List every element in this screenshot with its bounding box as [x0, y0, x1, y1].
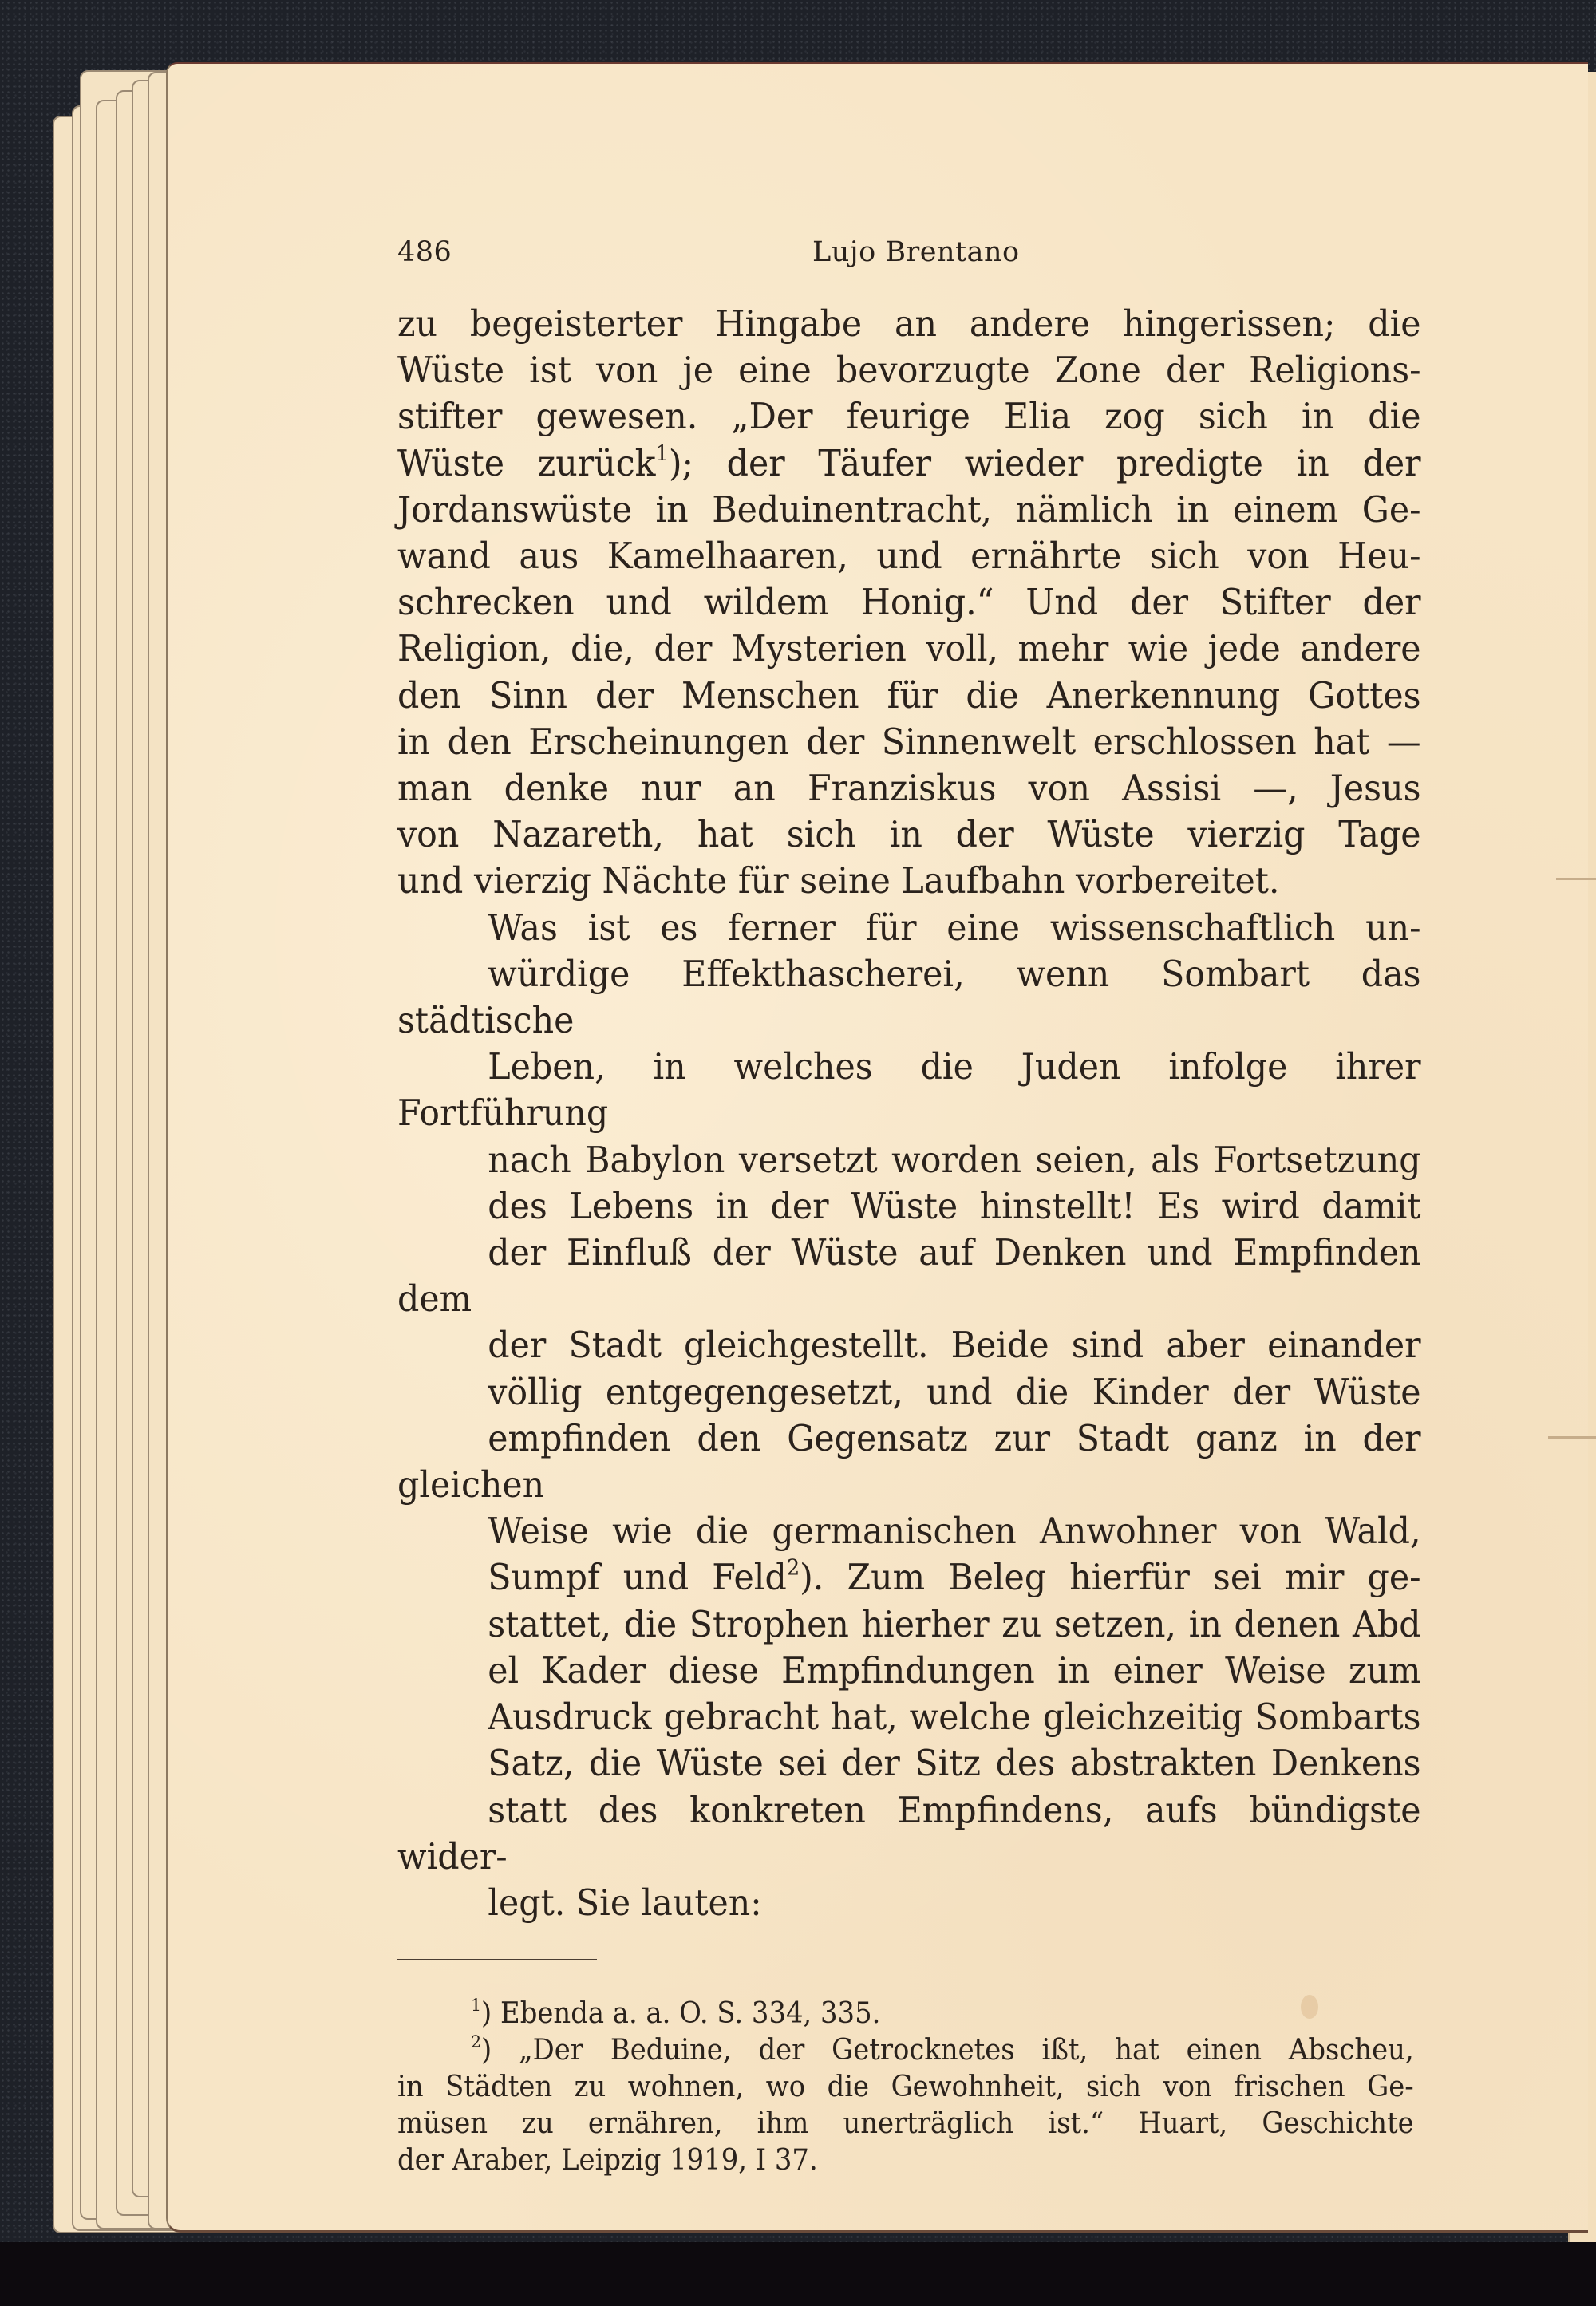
text-line: zu begeisterter Hingabe an andere hinger…: [397, 302, 1421, 348]
running-head: 486 Lujo Brentano: [397, 231, 1427, 279]
text-line: von Nazareth, hat sich in der Wüste vier…: [397, 812, 1421, 859]
footnote-marker: 2: [471, 2032, 481, 2052]
text-line: Sumpf und Feld2). Zum Beleg hierfür sei …: [397, 1555, 1421, 1601]
text-line: Jordanswüste in Beduinentracht, nämlich …: [397, 488, 1421, 534]
text-line: völlig entgegengesetzt, und die Kinder d…: [397, 1370, 1421, 1416]
text-line: Weise wie die germanischen Anwohner von …: [397, 1509, 1421, 1555]
text-line: statt des konkreten Empfindens, aufs bün…: [397, 1788, 1421, 1881]
footnote-text: ) „Der Beduine, der Getrocknetes ißt, ha…: [481, 2034, 1414, 2067]
paragraph: Was ist es ferner für eine wissenschaftl…: [397, 906, 1421, 1927]
footnote-text: ) Ebenda a. a. O. S. 334, 335.: [481, 1997, 880, 2030]
text-line: Ausdruck gebracht hat, welche gleichzeit…: [397, 1695, 1421, 1741]
text-line: man denke nur an Franziskus von Assisi —…: [397, 766, 1421, 812]
footnote-divider: [397, 1959, 597, 1960]
page-mark: [1548, 1436, 1596, 1439]
text-line: wand aus Kamelhaaren, und ernährte sich …: [397, 534, 1421, 580]
body-text: zu begeisterter Hingabe an andere hinger…: [397, 302, 1421, 1927]
page-content: 486 Lujo Brentano zu begeisterter Hingab…: [397, 231, 1427, 2179]
text-line: Was ist es ferner für eine wissenschaftl…: [397, 906, 1421, 952]
footnote-1: 1) Ebenda a. a. O. S. 334, 335.: [397, 1996, 1414, 2032]
running-title: Lujo Brentano: [812, 236, 1020, 268]
text-line: Religion, die, der Mysterien voll, mehr …: [397, 626, 1421, 673]
footnote-ref[interactable]: 2: [787, 1556, 800, 1581]
footnote-marker: 1: [471, 1996, 481, 2016]
text-line: Satz, die Wüste sei der Sitz des abstrak…: [397, 1741, 1421, 1787]
footnote-ref[interactable]: 1: [656, 441, 669, 466]
text-line: schrecken und wildem Honig.“ Und der Sti…: [397, 580, 1421, 626]
text-line: des Lebens in der Wüste hinstellt! Es wi…: [397, 1184, 1421, 1230]
text-line: der Einfluß der Wüste auf Denken und Emp…: [397, 1230, 1421, 1323]
paragraph: zu begeisterter Hingabe an andere hinger…: [397, 302, 1421, 906]
background-shadow: [0, 2242, 1596, 2306]
text-line: nach Babylon versetzt worden seien, als …: [397, 1138, 1421, 1184]
text-line: Leben, in welches die Juden infolge ihre…: [397, 1044, 1421, 1137]
text-line: empfinden den Gegensatz zur Stadt ganz i…: [397, 1416, 1421, 1509]
page-number: 486: [397, 236, 452, 268]
footnotes: 1) Ebenda a. a. O. S. 334, 335. 2) „Der …: [397, 1996, 1414, 2179]
footnote-text: in Städten zu wohnen, wo die Gewohnheit,…: [397, 2069, 1414, 2106]
text-line: Wüste ist von je eine bevorzugte Zone de…: [397, 348, 1421, 394]
text-line: in den Erscheinungen der Sinnenwelt ersc…: [397, 720, 1421, 766]
text-line: und vierzig Nächte für seine Laufbahn vo…: [397, 859, 1421, 905]
page-mark: [1556, 878, 1596, 880]
footnote-text: müsen zu ernähren, ihm unerträglich ist.…: [397, 2106, 1414, 2142]
footnote-text: der Araber, Leipzig 1919, I 37.: [397, 2142, 1414, 2179]
footnote-2: 2) „Der Beduine, der Getrocknetes ißt, h…: [397, 2032, 1414, 2179]
text-line: Wüste zurück1); der Täufer wieder predig…: [397, 441, 1421, 488]
text-line: legt. Sie lauten:: [397, 1881, 1421, 1927]
text-line: der Stadt gleichgestellt. Beide sind abe…: [397, 1323, 1421, 1369]
text-line: den Sinn der Menschen für die Anerkennun…: [397, 673, 1421, 720]
text-line: el Kader diese Empfindungen in einer Wei…: [397, 1649, 1421, 1695]
text-line: stifter gewesen. „Der feurige Elia zog s…: [397, 394, 1421, 440]
text-line: stattet, die Strophen hierher zu setzen,…: [397, 1602, 1421, 1649]
text-line: würdige Effekthascherei, wenn Sombart da…: [397, 952, 1421, 1044]
